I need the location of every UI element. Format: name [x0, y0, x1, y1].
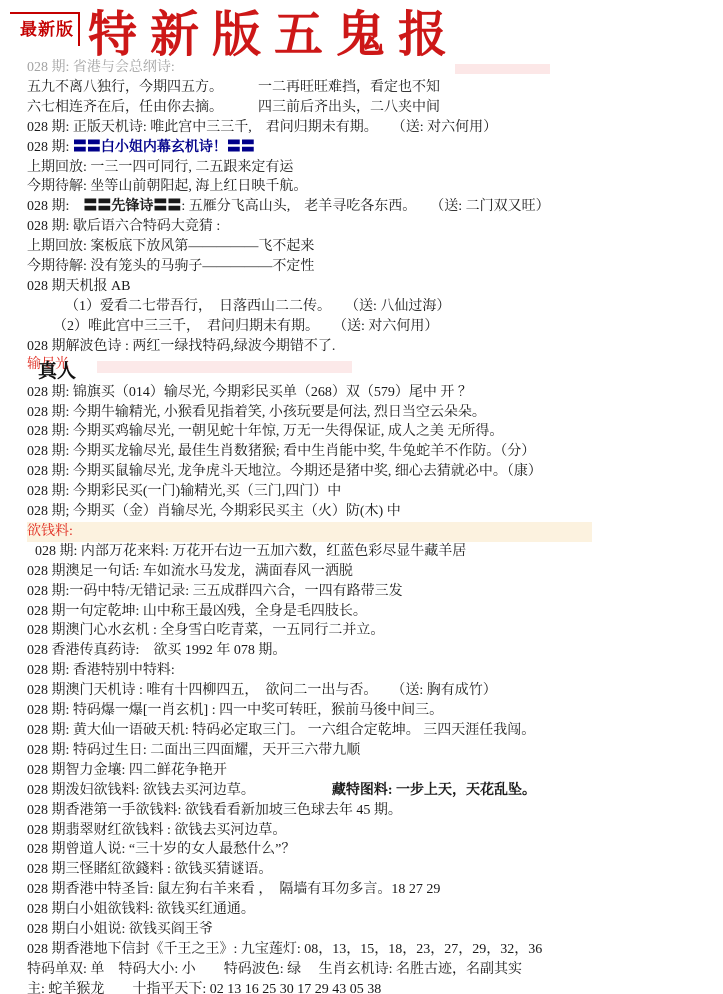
- text-segment: （1）爱看二七带吾行， 日落西山二二传。 （送: 八仙过海）: [65, 299, 450, 314]
- text-line: 主: 蛇羊猴龙 十指平天下: 02 13 16 25 30 17 29 43 0…: [27, 980, 719, 994]
- text-line: 028 期香港地下信封《千王之王》: 九宝莲灯: 08，13，15，18，23，…: [27, 940, 719, 960]
- text-segment: 028 期智力金壤: 四二鲜花争艳开: [27, 763, 227, 778]
- text-line: 六七相连齐在后，任由你去摘。 四三前后齐出头，二八夹中间: [27, 98, 719, 118]
- text-segment: 特码单双: 单 特码大小: 小 特码波色: 绿 生肖玄机诗: 名胜古迹，名副其实: [27, 962, 522, 977]
- text-segment: 今期待解: 没有笼头的马驹子—————不定性: [27, 259, 314, 274]
- text-segment: 028 期: 今期彩民买(一门)输精光,买（三门,四门）中: [27, 484, 341, 499]
- text-segment: 〓〓先锋诗〓〓: [83, 199, 181, 214]
- scan-smudge: [97, 361, 352, 373]
- text-line: 028 期香港中特圣旨: 鼠左狗右羊来看 ， 隔墙有耳勿多言。18 27 29: [27, 880, 719, 900]
- text-line: 028 期澳门心水玄机 : 全身雪白吃青菜，一五同行二并立。: [27, 621, 719, 641]
- text-line: 028 期; 今期买（金）肖输尽光, 今期彩民买主（火）防(木) 中: [27, 502, 719, 522]
- text-segment: 028 香港传真药诗: 欲买 1992 年 078 期。: [27, 643, 286, 658]
- document-lines: 028 期: 省港与会总纲诗:五九不离八独行，今期四五方。 一二再旺旺难挡，看定…: [27, 58, 719, 994]
- text-line: 028 期: 省港与会总纲诗:: [27, 58, 719, 78]
- text-segment: 028 期: 省港与会总纲诗:: [27, 60, 175, 75]
- text-segment: 028 期; 今期买（金）肖输尽光, 今期彩民买主（火）防(木) 中: [27, 504, 401, 519]
- text-line: （1）爱看二七带吾行， 日落西山二二传。 （送: 八仙过海）: [27, 297, 719, 317]
- text-segment: 028 期白小姐欲钱料: 欲钱买红通通。: [27, 902, 255, 917]
- text-line: 028 期翡翠财红欲钱料 : 欲钱去买河边草。: [27, 821, 719, 841]
- text-segment: （2）唯此宫中三三千， 君问归期未有期。 （送: 对六何用）: [53, 319, 438, 334]
- text-line: 028 期:一码中特/无错记录: 三五成群四六合，一四有路带三发: [27, 582, 719, 602]
- text-line: 028 期: 内部万花来料: 万花开右边一五加六数，红蓝色彩尽显牛藏羊居: [27, 542, 719, 562]
- page-title: 特新版五鬼报: [88, 0, 460, 66]
- text-segment: 藏特图料: 一步上天，天花乱坠。: [332, 783, 536, 798]
- text-segment: 028 期: 香港特别中特料:: [27, 663, 175, 678]
- text-segment: 028 期: 特码过生日: 二面出三四面耀，天开三六带九顺: [27, 743, 360, 758]
- text-segment: 028 期: 今期买鸡输尽光, 一朝见蛇十年惊, 万无一失得保证, 成人之美 无…: [27, 424, 503, 439]
- text-segment: 028 期: 锦旗买（014）输尽光, 今期彩民买单（268）双（579）尾中 …: [27, 385, 472, 400]
- text-segment: 六七相连齐在后，任由你去摘。 四三前后齐出头，二八夹中间: [27, 100, 440, 115]
- text-segment: 028 期: 黄大仙一语破天机: 特码必定取三门。 一六组合定乾坤。 三四天涯任…: [27, 723, 535, 738]
- text-segment: 欲钱料:: [27, 524, 73, 539]
- text-line: 028 期: 今期买鸡输尽光, 一朝见蛇十年惊, 万无一失得保证, 成人之美 无…: [27, 422, 719, 442]
- text-line: 028 期: 今期买龙输尽光, 最佳生肖数猪猴; 看中生肖能中奖, 牛兔蛇羊不作…: [27, 442, 719, 462]
- text-line: 028 期天机报 AB: [27, 277, 719, 297]
- text-segment: 028 期: 今期买龙输尽光, 最佳生肖数猪猴; 看中生肖能中奖, 牛兔蛇羊不作…: [27, 444, 535, 459]
- overlapped-header: 输尽光真人: [27, 357, 719, 383]
- text-line: 028 香港传真药诗: 欲买 1992 年 078 期。: [27, 641, 719, 661]
- text-segment: 028 期: 今期牛输精光, 小猴看见指着笑, 小孩玩要是何法, 烈日当空云朵朵…: [27, 405, 486, 420]
- text-line: 欲钱料:: [27, 522, 592, 542]
- text-line: 今期待解: 没有笼头的马驹子—————不定性: [27, 257, 719, 277]
- text-line: 028 期白小姐欲钱料: 欲钱买红通通。: [27, 900, 719, 920]
- text-segment: 028 期三怪賭紅欲錢料 : 欲钱买猜谜语。: [27, 862, 272, 877]
- text-segment: 028 期翡翠财红欲钱料 : 欲钱去买河边草。: [27, 823, 286, 838]
- text-segment: 五九不离八独行，今期四五方。 一二再旺旺难挡，看定也不知: [27, 80, 440, 95]
- text-line: 028 期泼妇欲钱料: 欲钱去买河边草。 藏特图料: 一步上天，天花乱坠。: [27, 781, 719, 801]
- text-segment: 028 期澳足一句话: 车如流水马发龙，满面春风一洒脱: [27, 564, 353, 579]
- text-segment: 028 期一句定乾坤: 山中称王最凶残，全身是毛四肢长。: [27, 604, 367, 619]
- text-line: 028 期智力金壤: 四二鲜花争艳开: [27, 761, 719, 781]
- badge-top-rule: [10, 12, 79, 14]
- text-segment: 028 期白小姐说: 欲钱买阎王爷: [27, 922, 213, 937]
- text-segment: 028 期: 内部万花来料: 万花开右边一五加六数，红蓝色彩尽显牛藏羊居: [35, 544, 466, 559]
- text-line: 028 期一句定乾坤: 山中称王最凶残，全身是毛四肢长。: [27, 602, 719, 622]
- text-line: 028 期: 今期彩民买(一门)输精光,买（三门,四门）中: [27, 482, 719, 502]
- text-line: 028 期: 香港特别中特料:: [27, 661, 719, 681]
- text-line: 028 期: 特码爆一爆[一肖玄机] : 四一中奖可转旺，猴前马後中间三。: [27, 701, 719, 721]
- text-line: 028 期澳足一句话: 车如流水马发龙，满面春风一洒脱: [27, 562, 719, 582]
- text-line: 028 期: 〓〓先锋诗〓〓: 五雁分飞高山头, 老羊寻吃各东西。 （送: 二门…: [27, 197, 719, 217]
- text-segment: 028 期曾道人说: “三十岁的女人最愁什么”？: [27, 842, 295, 857]
- text-segment: : 五雁分飞高山头, 老羊寻吃各东西。 （送: 二门双又旺）: [181, 199, 549, 214]
- text-segment: 028 期:: [27, 140, 73, 155]
- text-segment: 主: 蛇羊猴龙 十指平天下: 02 13 16 25 30 17 29 43 0…: [27, 982, 381, 994]
- text-line: 五九不离八独行，今期四五方。 一二再旺旺难挡，看定也不知: [27, 78, 719, 98]
- text-line: （2）唯此宫中三三千， 君问归期未有期。 （送: 对六何用）: [27, 317, 719, 337]
- masthead: 最新版 特新版五鬼报: [0, 0, 723, 58]
- page: 最新版 特新版五鬼报 028 期: 省港与会总纲诗:五九不离八独行，今期四五方。…: [0, 0, 723, 994]
- text-line: 028 期解波色诗 : 两红一绿找特码,绿波今期错不了.: [27, 337, 719, 357]
- text-segment: 上期回放: 一三一四可同行, 二五跟来定有运: [27, 160, 293, 175]
- text-segment: 028 期:: [27, 199, 83, 214]
- text-segment: 028 期: 歇后语六合特码大竞猜 :: [27, 219, 220, 234]
- text-line: 028 期: 今期牛输精光, 小猴看见指着笑, 小孩玩要是何法, 烈日当空云朵朵…: [27, 403, 719, 423]
- text-segment: 〓〓白小姐内幕玄机诗！〓〓: [73, 140, 255, 155]
- text-segment: 028 期: 正版天机诗: 唯此宫中三三千, 君问归期未有期。 （送: 对六何用…: [27, 120, 497, 135]
- text-segment: 真人: [38, 362, 76, 382]
- text-line: 028 期曾道人说: “三十岁的女人最愁什么”？: [27, 840, 719, 860]
- text-segment: 028 期:一码中特/无错记录: 三五成群四六合，一四有路带三发: [27, 584, 403, 599]
- text-line: 028 期: 〓〓白小姐内幕玄机诗！〓〓: [27, 138, 719, 158]
- text-line: 今期待解: 坐等山前朝阳起, 海上红日映千航。: [27, 177, 719, 197]
- text-line: 特码单双: 单 特码大小: 小 特码波色: 绿 生肖玄机诗: 名胜古迹，名副其实: [27, 960, 719, 980]
- badge-vertical-rule: [78, 12, 80, 46]
- text-line: 028 期: 歇后语六合特码大竞猜 :: [27, 217, 719, 237]
- text-segment: 028 期澳门心水玄机 : 全身雪白吃青菜，一五同行二并立。: [27, 623, 384, 638]
- text-segment: 028 期香港第一手欲钱料: 欲钱看看新加坡三色球去年 45 期。: [27, 803, 402, 818]
- text-line: 上期回放: 案板底下放风第—————飞不起来: [27, 237, 719, 257]
- text-segment: 028 期泼妇欲钱料: 欲钱去买河边草。: [27, 783, 332, 798]
- text-segment: 028 期: 今期买鼠输尽光, 龙争虎斗天地泣。今期还是猪中奖, 细心去猜就必中…: [27, 464, 542, 479]
- text-line: 028 期三怪賭紅欲錢料 : 欲钱买猜谜语。: [27, 860, 719, 880]
- text-segment: 028 期: 特码爆一爆[一肖玄机] : 四一中奖可转旺，猴前马後中间三。: [27, 703, 443, 718]
- text-line: 028 期: 正版天机诗: 唯此宫中三三千, 君问归期未有期。 （送: 对六何用…: [27, 118, 719, 138]
- latest-edition-badge: 最新版: [20, 15, 74, 40]
- text-line: 028 期: 锦旗买（014）输尽光, 今期彩民买单（268）双（579）尾中 …: [27, 383, 719, 403]
- text-segment: 028 期香港中特圣旨: 鼠左狗右羊来看 ， 隔墙有耳勿多言。18 27 29: [27, 882, 440, 897]
- text-segment: 上期回放: 案板底下放风第—————飞不起来: [27, 239, 314, 254]
- text-line: 028 期香港第一手欲钱料: 欲钱看看新加坡三色球去年 45 期。: [27, 801, 719, 821]
- text-line: 028 期: 特码过生日: 二面出三四面耀，天开三六带九顺: [27, 741, 719, 761]
- text-segment: 今期待解: 坐等山前朝阳起, 海上红日映千航。: [27, 179, 307, 194]
- text-segment: 028 期天机报 AB: [27, 279, 130, 294]
- text-line: 028 期: 今期买鼠输尽光, 龙争虎斗天地泣。今期还是猪中奖, 细心去猜就必中…: [27, 462, 719, 482]
- text-segment: 028 期解波色诗 : 两红一绿找特码,绿波今期错不了.: [27, 339, 335, 354]
- text-line: 上期回放: 一三一四可同行, 二五跟来定有运: [27, 158, 719, 178]
- text-segment: 028 期澳门天机诗 : 唯有十四柳四五， 欲问二一出与否。 （送: 胸有成竹）: [27, 683, 497, 698]
- text-line: 028 期白小姐说: 欲钱买阎王爷: [27, 920, 719, 940]
- text-line: 028 期: 黄大仙一语破天机: 特码必定取三门。 一六组合定乾坤。 三四天涯任…: [27, 721, 719, 741]
- text-line: 028 期澳门天机诗 : 唯有十四柳四五， 欲问二一出与否。 （送: 胸有成竹）: [27, 681, 719, 701]
- text-segment: 028 期香港地下信封《千王之王》: 九宝莲灯: 08，13，15，18，23，…: [27, 942, 542, 957]
